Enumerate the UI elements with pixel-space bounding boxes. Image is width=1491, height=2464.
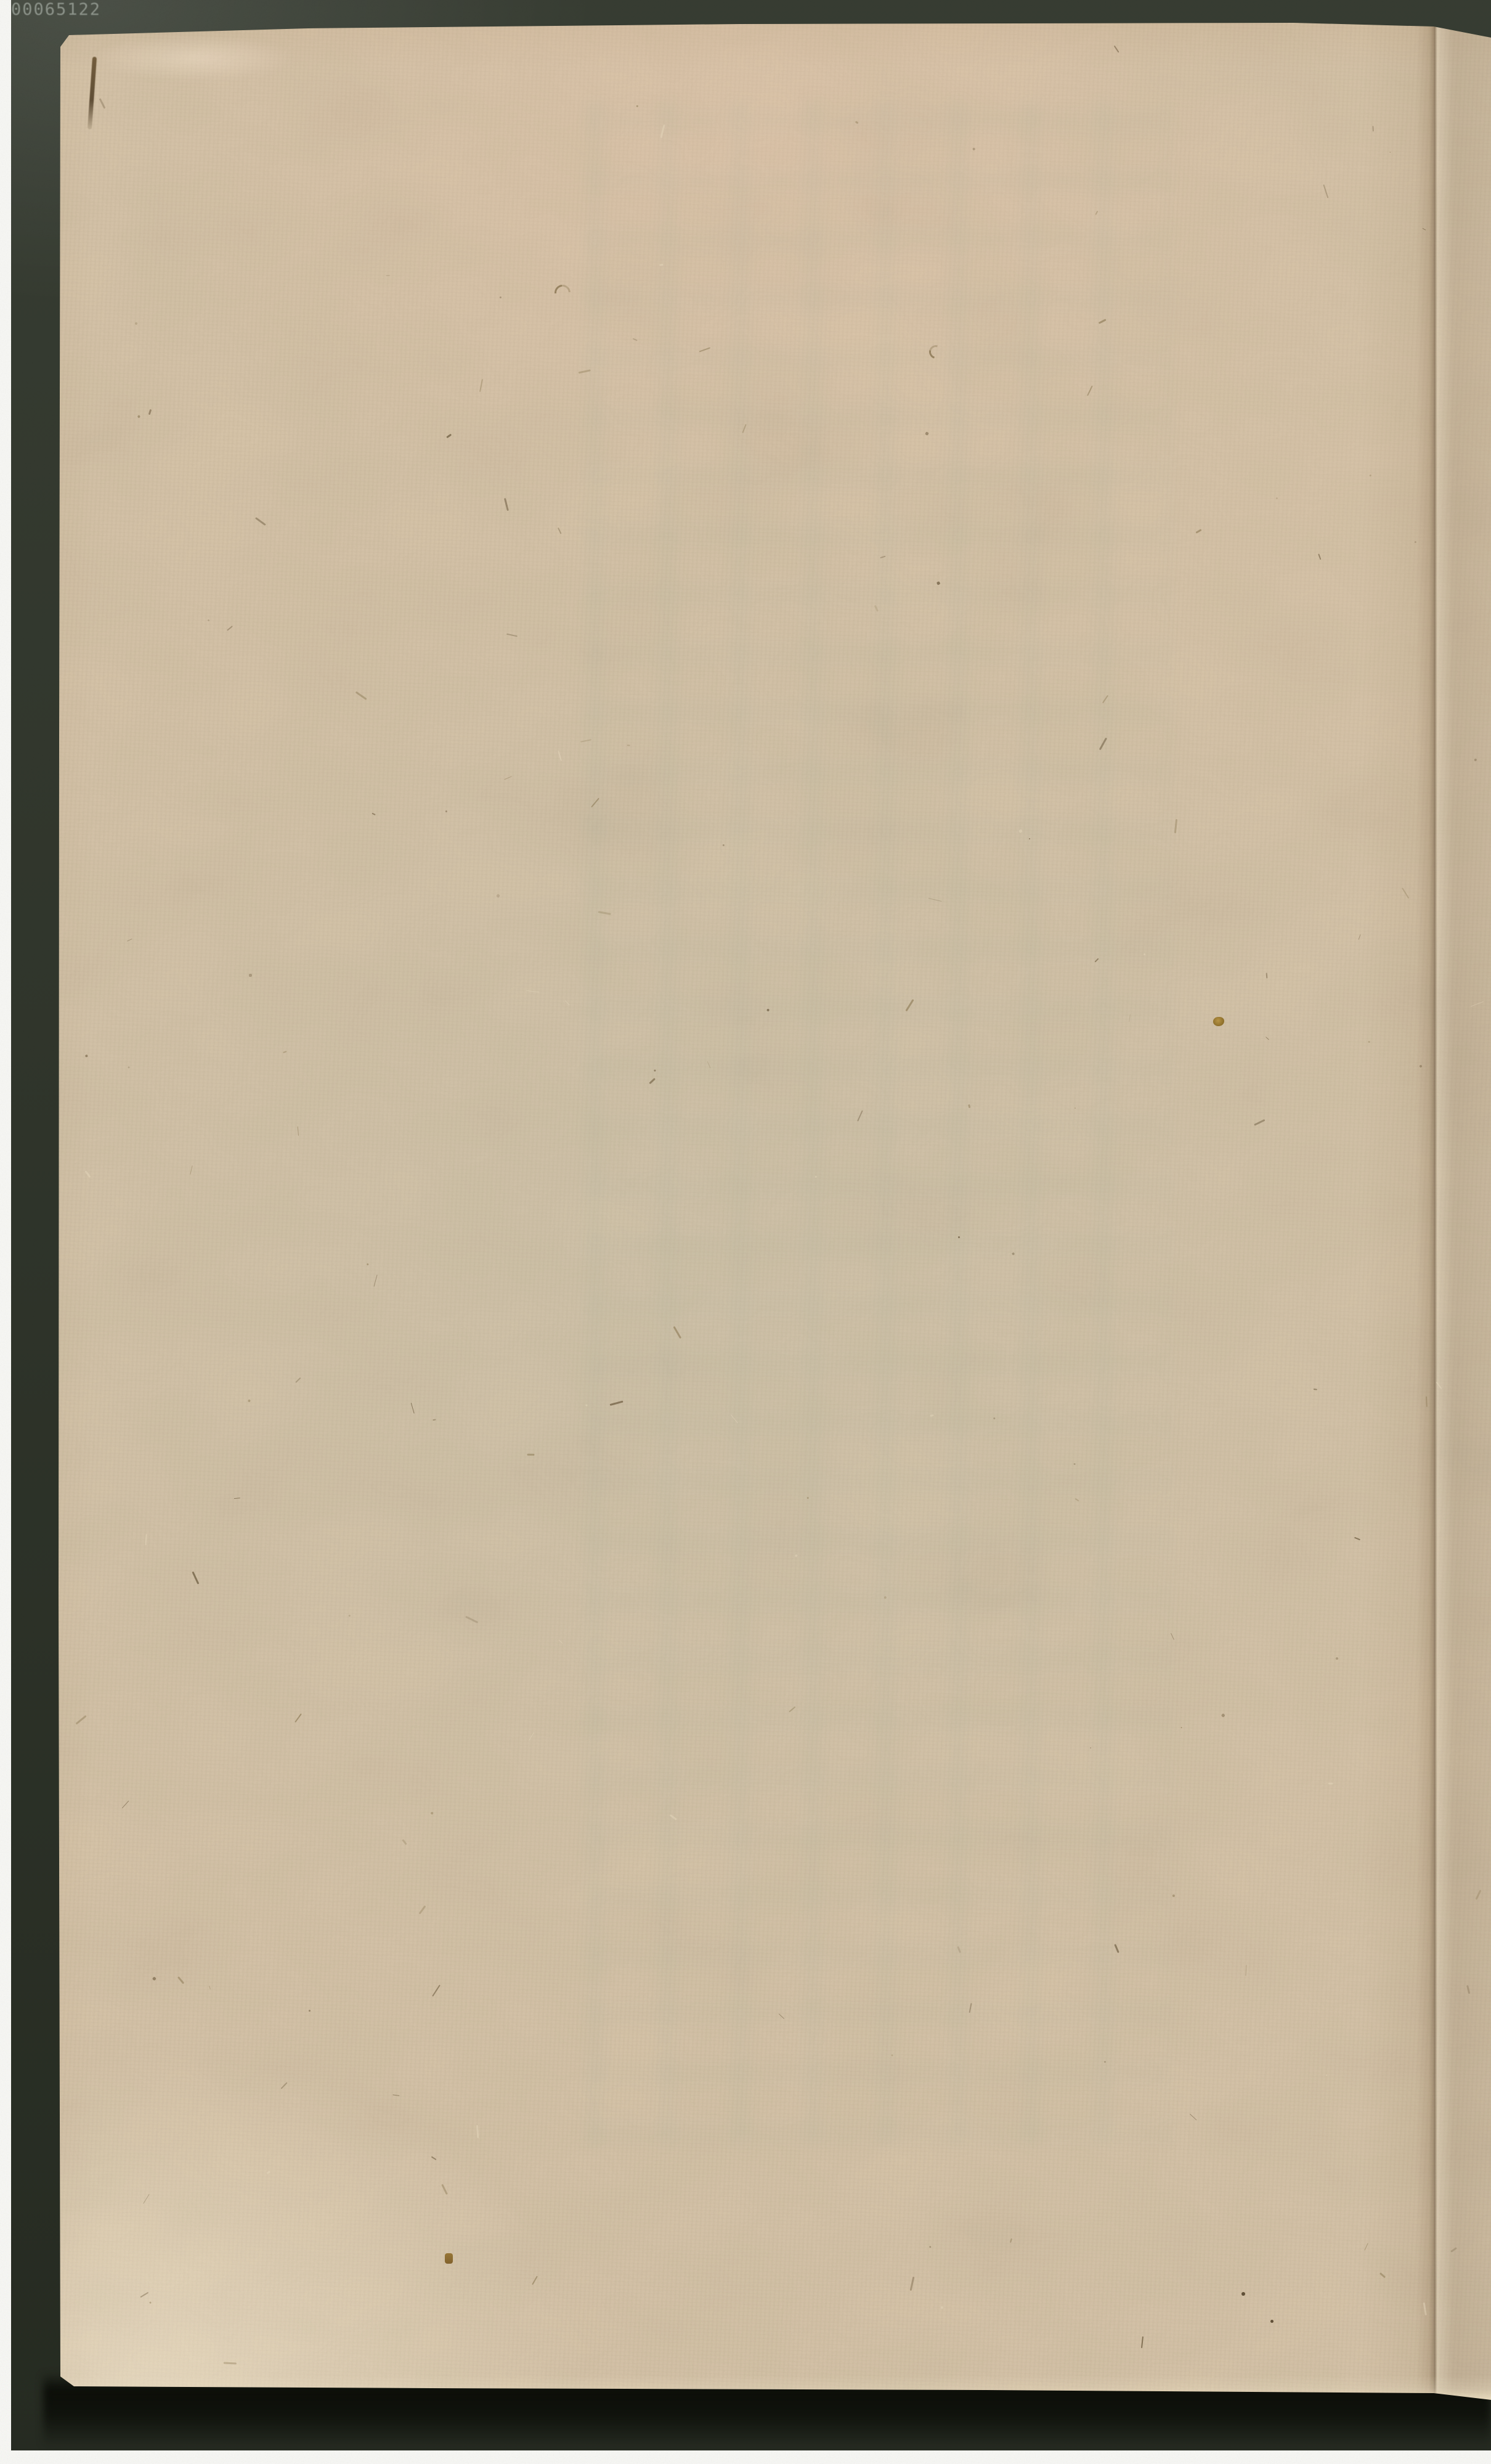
paper-fiber (192, 1571, 200, 1584)
paper-fiber (627, 745, 630, 746)
paper-fiber (349, 1615, 351, 1617)
scan-id-number: 00065122 (11, 1, 101, 19)
paper-fiber (794, 1554, 798, 1558)
paper-fiber (610, 1400, 624, 1406)
paper-fiber (1425, 1397, 1427, 1407)
dark-speck (1270, 2320, 1274, 2323)
paper-fiber (144, 2194, 150, 2204)
paper-fiber (1074, 1108, 1076, 1109)
paper-fiber (633, 338, 638, 341)
paper-fiber (134, 322, 137, 325)
paper-fiber (699, 348, 710, 353)
paper-fiber (1266, 1036, 1269, 1040)
paper-fiber (1373, 126, 1374, 131)
paper-fiber (565, 1000, 570, 1005)
scan-margin-bottom (0, 2450, 1491, 2464)
paper-fiber (857, 1111, 863, 1122)
paper-fiber (673, 1326, 681, 1339)
paper-fiber (598, 911, 611, 915)
paper-fiber (402, 1840, 407, 1846)
paper-fiber (1423, 2303, 1426, 2315)
paper-fiber (1114, 46, 1119, 53)
paper-fiber (578, 370, 590, 374)
paper-fiber (1196, 529, 1202, 534)
paper-fiber (1094, 958, 1099, 962)
paper-fiber (1276, 497, 1278, 499)
book-page (0, 0, 1491, 2464)
paper-fiber (670, 1814, 678, 1820)
paper-fiber (266, 2171, 270, 2174)
paper-fiber (1323, 184, 1328, 198)
paper-fiber (152, 1977, 156, 1981)
paper-fiber (431, 2156, 436, 2160)
paper-fiber (1010, 2238, 1012, 2243)
hook-fiber (551, 282, 574, 304)
paper-fiber (1141, 2336, 1144, 2348)
paper-fiber (1419, 1064, 1422, 1067)
paper-fiber (730, 1414, 738, 1424)
paper-fiber (295, 1713, 302, 1723)
paper-fiber (1476, 1890, 1482, 1900)
paper-fiber (1401, 887, 1409, 899)
paper-fiber (969, 2003, 972, 2013)
paper-fiber (1415, 541, 1417, 543)
paper-fiber (190, 1165, 193, 1174)
paper-fiber (1328, 1782, 1333, 1784)
paper-fiber (815, 1176, 817, 1178)
paper-fiber (1359, 934, 1362, 940)
paper-fiber (1028, 838, 1030, 839)
paper-fiber (1103, 2061, 1106, 2063)
paper-fiber (957, 1946, 961, 1953)
paper-fiber (465, 1615, 478, 1623)
paper-fiber (1099, 738, 1107, 750)
paper-fiber (929, 2245, 932, 2248)
paper-fiber (557, 528, 561, 534)
paper-fiber (532, 2276, 538, 2285)
paper-fiber (789, 1707, 795, 1712)
paper-fiber (298, 1127, 299, 1136)
amber-stain (1213, 1017, 1224, 1026)
paper-fiber (1074, 1463, 1076, 1465)
paper-fiber (1180, 1727, 1182, 1729)
paper-fiber (649, 1077, 656, 1084)
paper-fiber (75, 1715, 86, 1725)
paper-fiber (224, 2362, 237, 2364)
paper-fiber (1451, 2247, 1458, 2253)
scanned-book-photo: 00065122 (0, 0, 1491, 2464)
paper-fiber (1102, 695, 1108, 704)
paper-fiber (580, 740, 591, 743)
paper-fiber (433, 1419, 436, 1420)
paper-fiber (659, 264, 663, 266)
brown-spot (445, 2253, 453, 2264)
paper-fiber (526, 990, 539, 993)
paper-fiber (504, 498, 509, 511)
paper-fiber (722, 844, 725, 846)
paper-fiber (1172, 1895, 1175, 1897)
paper-fiber (1129, 1014, 1131, 1022)
paper-fiber (254, 517, 266, 526)
paper-fiber (968, 1104, 970, 1108)
paper-fiber (905, 999, 914, 1011)
paper-fiber (1144, 953, 1146, 955)
paper-fiber (707, 1062, 711, 1069)
paper-fiber (1389, 152, 1391, 153)
paper-fiber (283, 1051, 287, 1053)
dark-speck (1241, 2292, 1245, 2296)
paper-fiber (208, 619, 209, 621)
paper-fiber (890, 2054, 893, 2057)
paper-fiber (386, 275, 389, 275)
paper-fiber (558, 1639, 563, 1644)
paper-fiber (1115, 1944, 1120, 1953)
paper-fiber (1018, 829, 1023, 833)
paper-fiber (506, 634, 518, 637)
paper-fiber (432, 1985, 441, 1997)
paper-fiber (1466, 1985, 1470, 1994)
paper-fiber (1471, 1001, 1484, 1006)
paper-fiber (855, 121, 858, 124)
paper-fiber (1354, 1537, 1360, 1541)
paper-fiber (1095, 211, 1098, 215)
paper-fiber (430, 1811, 434, 1815)
paper-fiber (355, 691, 367, 700)
paper-fiber (84, 1055, 87, 1058)
hook-fiber (927, 343, 945, 361)
paper-fiber (909, 2277, 914, 2291)
paper-fiber (972, 148, 975, 151)
paper-fiber (874, 605, 879, 612)
paper-fiber (1089, 1747, 1091, 1749)
paper-fiber (1099, 319, 1106, 324)
paper-fiber (1246, 1965, 1248, 1976)
paper-fiber (441, 2184, 448, 2195)
paper-fiber (84, 1171, 91, 1178)
paper-fiber (373, 1275, 377, 1287)
paper-fiber (930, 1414, 934, 1417)
paper-fiber (1174, 819, 1177, 833)
paper-fiber (476, 2125, 479, 2138)
paper-fiber (880, 555, 885, 558)
paper-fiber (558, 751, 561, 762)
paper-fiber (295, 1377, 301, 1383)
paper-fiber (1436, 1382, 1442, 1389)
paper-fiber (209, 1986, 211, 1989)
paper-fiber (392, 2095, 400, 2097)
paper-fiber (654, 1070, 656, 1072)
paper-fiber (500, 296, 502, 298)
paper-fiber (1075, 1498, 1079, 1502)
paper-fiber (411, 1403, 415, 1413)
paper-fiber (367, 1263, 370, 1267)
paper-fiber (372, 813, 376, 815)
paper-fiber (958, 1236, 961, 1238)
paper-fiber (941, 2306, 944, 2309)
paper-fiber (1254, 1119, 1266, 1126)
paper-fiber (1423, 228, 1426, 230)
paper-fiber (139, 2292, 148, 2298)
paper-fiber (1221, 1713, 1225, 1718)
paper-fiber (1474, 759, 1477, 762)
paper-fiber (1370, 475, 1371, 476)
paper-fiber (928, 898, 941, 902)
paper-fiber (248, 974, 251, 977)
paper-fiber (122, 1801, 129, 1809)
long-fiber (87, 57, 97, 129)
paper-fiber (127, 939, 132, 942)
paper-fiber (925, 431, 929, 436)
paper-fiber (1318, 553, 1321, 560)
paper-fiber (1313, 1389, 1317, 1390)
paper-fiber (1266, 973, 1267, 979)
paper-fiber (127, 1066, 129, 1069)
paper-fiber (779, 2013, 784, 2019)
paper-fiber (1335, 1657, 1338, 1660)
paper-fiber (308, 2009, 310, 2011)
paper-fiber (1379, 2272, 1386, 2278)
paper-fiber (884, 1596, 887, 1599)
paper-fiber (993, 1417, 996, 1419)
paper-fiber (527, 1454, 534, 1456)
paper-fiber (1326, 2074, 1328, 2076)
artifact-layer (0, 0, 1491, 2464)
paper-fiber (1171, 1633, 1175, 1640)
paper-fiber (1011, 1252, 1015, 1255)
paper-fiber (445, 810, 447, 812)
paper-fiber (1190, 2114, 1197, 2121)
paper-fiber (496, 894, 500, 898)
paper-fiber (591, 798, 599, 808)
paper-fiber (419, 1906, 426, 1915)
paper-fiber (1368, 1040, 1370, 1042)
paper-fiber (446, 433, 452, 438)
paper-fiber (660, 124, 665, 138)
paper-fiber (936, 581, 940, 585)
paper-fiber (1365, 2243, 1369, 2251)
paper-fiber (636, 105, 638, 107)
paper-fiber (504, 776, 511, 780)
scan-margin-left (0, 0, 11, 2464)
paper-fiber (150, 2301, 152, 2303)
paper-fiber (248, 1399, 251, 1402)
paper-fiber (479, 379, 483, 392)
paper-fiber (742, 424, 747, 433)
paper-fiber (227, 626, 233, 631)
paper-fiber (766, 1008, 770, 1011)
paper-fiber (1087, 385, 1093, 396)
paper-fiber (234, 1498, 240, 1499)
paper-fiber (148, 409, 152, 415)
paper-fiber (99, 98, 105, 108)
paper-fiber (137, 415, 141, 419)
paper-fiber (177, 1977, 184, 1985)
paper-fiber (807, 1497, 809, 1499)
paper-fiber (585, 1404, 588, 1406)
paper-fiber (280, 2082, 288, 2089)
paper-fiber (145, 1534, 147, 1545)
paper-fiber (529, 1732, 534, 1741)
